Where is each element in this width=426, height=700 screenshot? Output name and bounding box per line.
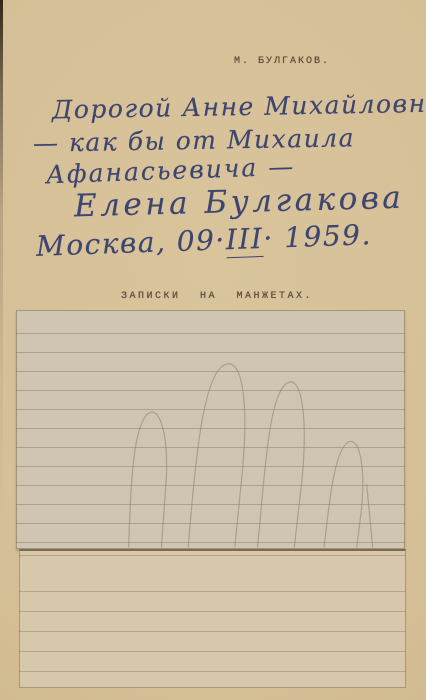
- lower-ruled-sheet: [19, 549, 406, 688]
- date-line: Москва, 09·III· 1959.: [36, 218, 373, 263]
- dedication-line-1: Дорогой Анне Михайловне: [52, 89, 426, 125]
- page-left-edge-shadow: [0, 0, 3, 700]
- typed-book-title: ЗАПИСКИ НА МАНЖЕТАХ.: [121, 291, 313, 302]
- upper-ruled-sheet: [16, 310, 405, 549]
- typed-author-name: М. БУЛГАКОВ.: [234, 56, 330, 67]
- pencil-hand-tracing: [17, 311, 404, 548]
- date-year: · 1959.: [263, 218, 373, 255]
- book-page-photo: М. БУЛГАКОВ. Дорогой Анне Михайловне — к…: [0, 0, 426, 700]
- date-roman-month: III: [225, 222, 264, 258]
- signature-line: Елена Булгакова: [74, 180, 405, 225]
- date-city-day: Москва, 09·: [36, 223, 227, 263]
- dedication-line-2: — как бы от Михаила: [33, 123, 356, 158]
